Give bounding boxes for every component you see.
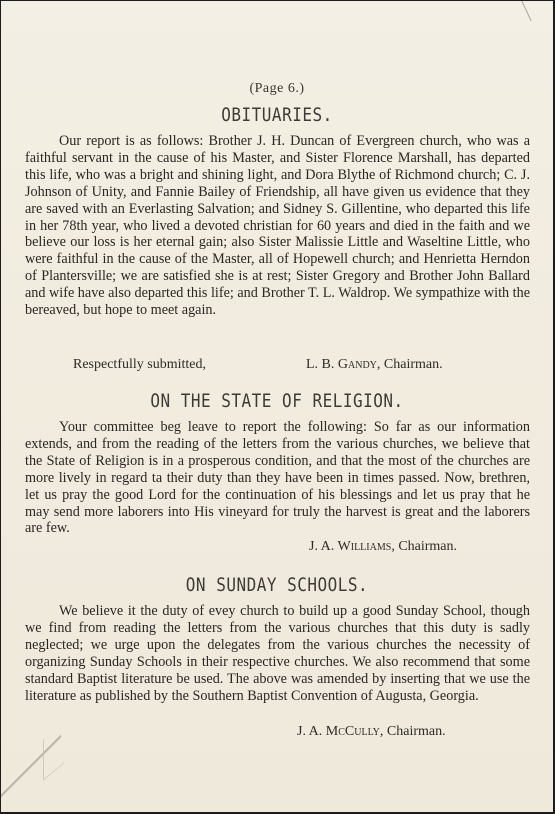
section-heading-sunday-schools: ON SUNDAY SCHOOLS. [1,574,553,596]
state-of-religion-body: Your committee beg leave to report the f… [25,419,530,537]
page-number: (Page 6.) [1,81,553,97]
signature-title: , Chairman. [391,539,457,554]
paper-crease [521,1,553,21]
signature-title: , Chairman. [380,724,446,739]
section-heading-obituaries: OBITUARIES. [1,104,553,126]
obituaries-signature: L. B. Gandy, Chairman. [306,357,443,373]
section-heading-state-of-religion: ON THE STATE OF RELIGION. [1,390,553,412]
sunday-schools-signature: J. A. McCully, Chairman. [297,724,446,740]
obituaries-body: Our report is as follows: Brother J. H. … [25,133,530,319]
obituaries-closing: Respectfully submitted, [73,357,206,373]
signature-title: , Chairman. [377,357,443,372]
paper-fold-mark [43,722,64,781]
signature-name: J. A. McCully [297,724,380,739]
paper-crease [1,722,61,812]
signature-name: J. A. Williams [309,539,391,554]
document-page: (Page 6.) OBITUARIES. Our report is as f… [1,1,553,812]
sunday-schools-body: We believe it the duty of evey church to… [25,603,530,704]
signature-name: L. B. Gandy [306,357,377,372]
state-of-religion-signature: J. A. Williams, Chairman. [309,539,457,555]
